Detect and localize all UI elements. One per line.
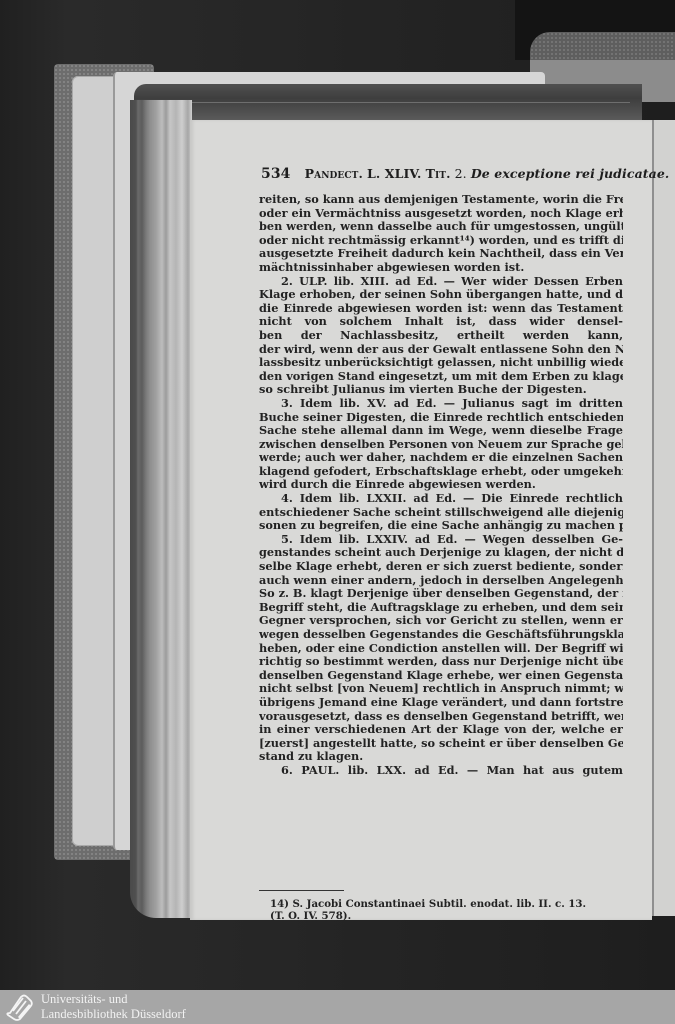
series-label: Pandect. — [305, 166, 363, 181]
text-line: übrigens Jemand eine Klage verändert, un… — [259, 696, 623, 710]
text-line: selbe Klage erhebt, deren er sich zuerst… — [259, 560, 623, 574]
text-line: lassbesitz unberücksichtigt gelassen, ni… — [259, 356, 623, 370]
text-line: sonen zu begreifen, die eine Sache anhän… — [259, 519, 623, 533]
text-line: oder ein Vermächtniss ausgesetzt worden,… — [259, 207, 623, 221]
text-line: in einer verschiedenen Art der Klage von… — [259, 723, 623, 737]
text-line: stand zu klagen. — [259, 750, 623, 764]
institution-line2: Landesbibliothek Düsseldorf — [41, 1007, 186, 1022]
ulb-logo-icon — [4, 993, 34, 1021]
facing-page-edge — [652, 120, 675, 916]
title-label: Tit. — [426, 166, 451, 181]
library-watermark-bar: Universitäts- und Landesbibliothek Düsse… — [0, 990, 675, 1024]
text-line: ben werden, wenn dasselbe auch für umges… — [259, 220, 623, 234]
text-line: 2. ULP. lib. XIII. ad Ed. — Wer wider De… — [259, 275, 623, 289]
text-line: Sache stehe allemal dann im Wege, wenn d… — [259, 424, 623, 438]
footnote-line: 14) S. Jacobi Constantinaei Subtil. enod… — [270, 898, 622, 910]
text-line: genstandes scheint auch Derjenige zu kla… — [259, 546, 623, 560]
text-line: wegen desselben Gegenstandes die Geschäf… — [259, 628, 623, 642]
text-line: nicht selbst [von Neuem] rechtlich in An… — [259, 682, 623, 696]
text-line: richtig so bestimmt werden, dass nur Der… — [259, 655, 623, 669]
text-line: mächtnissinhaber abgewiesen worden ist. — [259, 261, 623, 275]
page-stack-line — [150, 102, 630, 103]
book-label: L. XLIV. — [367, 166, 422, 181]
text-line: 5. Idem lib. LXXIV. ad Ed. — Wegen desse… — [259, 533, 623, 547]
footnote-rule — [259, 890, 344, 891]
footnote-line: (T. O. IV. 578). — [270, 910, 622, 922]
title-text: De exceptione rei judicatae. — [471, 166, 670, 181]
text-line: Begriff steht, die Auftragsklage zu erhe… — [259, 601, 623, 615]
text-line: Buche seiner Digesten, die Einrede recht… — [259, 411, 623, 425]
body-text: reiten, so kann aus demjenigen Testament… — [259, 193, 623, 778]
text-line: die Einrede abgewiesen worden ist: wenn … — [259, 302, 623, 316]
text-line: wird durch die Einrede abgewiesen werden… — [259, 478, 623, 492]
text-line: [zuerst] angestellt hatte, so scheint er… — [259, 737, 623, 751]
text-line: reiten, so kann aus demjenigen Testament… — [259, 193, 623, 207]
text-line: nicht von solchem Inhalt ist, dass wider… — [259, 315, 623, 329]
text-line: zwischen denselben Personen von Neuem zu… — [259, 438, 623, 452]
text-line: den vorigen Stand eingesetzt, um mit dem… — [259, 370, 623, 384]
page-stack-fore-edge — [130, 100, 192, 918]
institution-line1: Universitäts- und — [41, 992, 186, 1007]
text-line: Klage erhoben, der seinen Sohn übergange… — [259, 288, 623, 302]
text-line: der wird, wenn der aus der Gewalt entlas… — [259, 343, 623, 357]
text-line: heben, oder eine Condiction anstellen wi… — [259, 642, 623, 656]
text-line: ausgesetzte Freiheit dadurch kein Nachth… — [259, 247, 623, 261]
text-line: 3. Idem lib. XV. ad Ed. — Julianus sagt … — [259, 397, 623, 411]
text-line: oder nicht rechtmässig erkannt¹⁴) worden… — [259, 234, 623, 248]
text-line: 4. Idem lib. LXXII. ad Ed. — Die Einrede… — [259, 492, 623, 506]
text-line: so schreibt Julianus im vierten Buche de… — [259, 383, 623, 397]
footnote: 14) S. Jacobi Constantinaei Subtil. enod… — [270, 898, 622, 922]
text-line: werde; auch wer daher, nachdem er die ei… — [259, 451, 623, 465]
text-line: 6. PAUL. lib. LXX. ad Ed. — Man hat aus … — [259, 764, 623, 778]
text-line: auch wenn einer andern, jedoch in dersel… — [259, 574, 623, 588]
institution-name: Universitäts- und Landesbibliothek Düsse… — [41, 992, 186, 1022]
title-number: 2. — [455, 166, 467, 181]
text-line: entschiedener Sache scheint stillschweig… — [259, 506, 623, 520]
text-line: vorausgesetzt, dass es denselben Gegenst… — [259, 710, 623, 724]
book-page: 534 Pandect. L. XLIV. Tit. 2. De excepti… — [190, 120, 652, 920]
text-line: ben der Nachlassbesitz, ertheilt werden … — [259, 329, 623, 343]
text-line: klagend gefodert, Erbschaftsklage erhebt… — [259, 465, 623, 479]
text-line: So z. B. klagt Derjenige über denselben … — [259, 587, 623, 601]
running-head: 534 Pandect. L. XLIV. Tit. 2. De excepti… — [261, 166, 641, 182]
text-line: Gegner versprochen, sich vor Gericht zu … — [259, 614, 623, 628]
text-line: denselben Gegenstand Klage erhebe, wer e… — [259, 669, 623, 683]
page-number: 534 — [261, 166, 291, 182]
